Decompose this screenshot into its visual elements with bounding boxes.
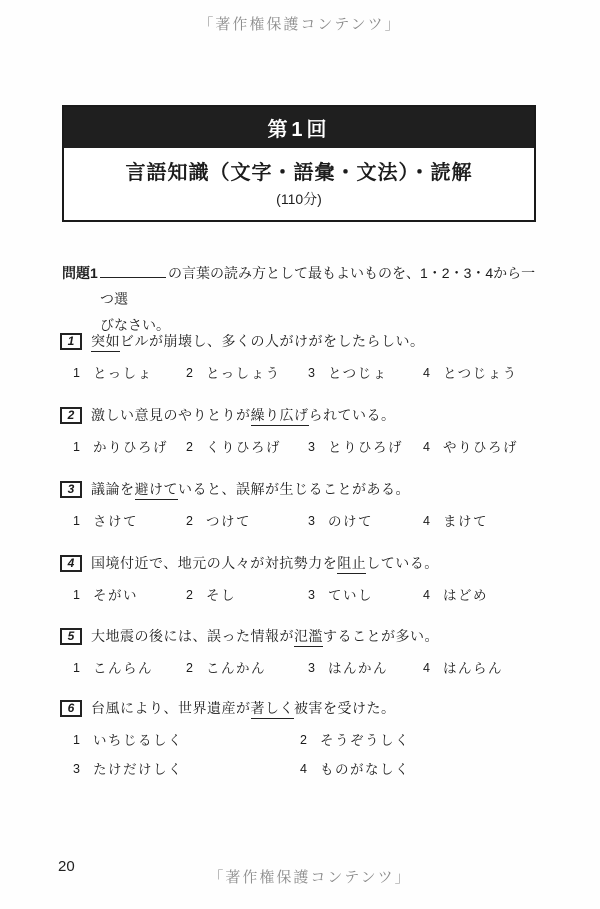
question-1: 1 突如ビルが崩壊し、多くの人がけがをしたらしい。 1とっしょ 2とっしょう 3… [60, 333, 540, 382]
question-5-number-box: 5 [60, 628, 82, 645]
question-5-number: 5 [68, 628, 75, 645]
question-4-sentence: 国境付近で、地元の人々が対抗勢力を阻止している。 [91, 555, 439, 573]
underlined-word: 著しく [251, 702, 295, 719]
question-6-number: 6 [68, 700, 75, 717]
test-title: 言語知識（文字・語彙・文法）・読解 [64, 161, 534, 185]
question-1-head: 1 突如ビルが崩壊し、多くの人がけがをしたらしい。 [60, 333, 540, 351]
option-1: 1とっしょ [73, 365, 186, 382]
question-5-head: 5 大地震の後には、誤った情報が氾濫することが多い。 [60, 628, 540, 646]
option-4: 4とつじょう [423, 365, 540, 382]
option-1: 1いちじるしく [73, 732, 300, 749]
question-6-sentence: 台風により、世界遺産が著しく被害を受けた。 [91, 700, 396, 718]
underlined-word: 阻止 [337, 557, 366, 574]
question-6-options: 1いちじるしく 2そうぞうしく 3たけだけしく 4ものがなしく [60, 732, 540, 778]
option-3: 3のけて [308, 513, 423, 530]
question-3-number: 3 [68, 481, 75, 498]
question-5-sentence: 大地震の後には、誤った情報が氾濫することが多い。 [91, 628, 439, 646]
question-2: 2 激しい意見のやりとりが繰り広げられている。 1かりひろげ 2くりひろげ 3と… [60, 407, 540, 456]
underlined-word: 避けて [135, 483, 179, 500]
option-2: 2くりひろげ [186, 439, 308, 456]
question-4-options: 1そがい 2そし 3ていし 4はどめ [60, 587, 540, 604]
question-3-number-box: 3 [60, 481, 82, 498]
option-3: 3とつじょ [308, 365, 423, 382]
option-1: 1さけて [73, 513, 186, 530]
question-6: 6 台風により、世界遺産が著しく被害を受けた。 1いちじるしく 2そうぞうしく … [60, 700, 540, 778]
underlined-word: 突如 [91, 335, 120, 352]
question-1-number-box: 1 [60, 333, 82, 350]
question-1-sentence: 突如ビルが崩壊し、多くの人がけがをしたらしい。 [91, 333, 425, 351]
underlined-word: 氾濫 [294, 630, 323, 647]
option-2: 2そし [186, 587, 308, 604]
question-2-number-box: 2 [60, 407, 82, 424]
section-instruction: 問題1 の言葉の読み方として最もよいものを、1・2・3・4から一つ選 びなさい。 [62, 260, 540, 338]
question-2-number: 2 [68, 407, 75, 424]
option-3: 3ていし [308, 587, 423, 604]
option-3: 3はんかん [308, 660, 423, 677]
question-3-options: 1さけて 2つけて 3のけて 4まけて [60, 513, 540, 530]
option-3: 3たけだけしく [73, 761, 300, 778]
option-1: 1そがい [73, 587, 186, 604]
question-2-options: 1かりひろげ 2くりひろげ 3とりひろげ 4やりひろげ [60, 439, 540, 456]
option-4: 4やりひろげ [423, 439, 540, 456]
option-4: 4ものがなしく [300, 761, 540, 778]
blank-underline [100, 265, 166, 278]
question-5: 5 大地震の後には、誤った情報が氾濫することが多い。 1こんらん 2こんかん 3… [60, 628, 540, 677]
option-2: 2そうぞうしく [300, 732, 540, 749]
question-1-number: 1 [68, 333, 75, 350]
option-4: 4はんらん [423, 660, 540, 677]
question-6-number-box: 6 [60, 700, 82, 717]
question-3-sentence: 議論を避けていると、誤解が生じることがある。 [91, 481, 410, 499]
underlined-word: 繰り広げ [251, 409, 309, 426]
option-2: 2こんかん [186, 660, 308, 677]
question-2-sentence: 激しい意見のやりとりが繰り広げられている。 [91, 407, 396, 425]
copyright-notice-bottom: 「著作権保護コンテンツ」 [0, 866, 600, 887]
option-4: 4まけて [423, 513, 540, 530]
copyright-notice-top: 「著作権保護コンテンツ」 [0, 13, 600, 34]
section-label: 問題1 [62, 260, 100, 338]
instruction-line2: びなさい。 [100, 317, 170, 333]
option-3: 3とりひろげ [308, 439, 423, 456]
round-banner: 第1回 [64, 107, 534, 148]
question-6-head: 6 台風により、世界遺産が著しく被害を受けた。 [60, 700, 540, 718]
option-2: 2つけて [186, 513, 308, 530]
question-4-number: 4 [68, 555, 75, 572]
question-4-head: 4 国境付近で、地元の人々が対抗勢力を阻止している。 [60, 555, 540, 573]
instruction-text: の言葉の読み方として最もよいものを、1・2・3・4から一つ選 びなさい。 [100, 260, 540, 338]
test-header-box: 第1回 言語知識（文字・語彙・文法）・読解 (110分) [62, 105, 536, 222]
option-2: 2とっしょう [186, 365, 308, 382]
question-4: 4 国境付近で、地元の人々が対抗勢力を阻止している。 1そがい 2そし 3ていし… [60, 555, 540, 604]
round-label: 第1回 [267, 113, 330, 142]
option-1: 1こんらん [73, 660, 186, 677]
question-3: 3 議論を避けていると、誤解が生じることがある。 1さけて 2つけて 3のけて … [60, 481, 540, 530]
question-5-options: 1こんらん 2こんかん 3はんかん 4はんらん [60, 660, 540, 677]
test-duration: (110分) [64, 190, 534, 208]
option-4: 4はどめ [423, 587, 540, 604]
test-header-body: 言語知識（文字・語彙・文法）・読解 (110分) [64, 148, 534, 220]
question-1-options: 1とっしょ 2とっしょう 3とつじょ 4とつじょう [60, 365, 540, 382]
question-3-head: 3 議論を避けていると、誤解が生じることがある。 [60, 481, 540, 499]
question-2-head: 2 激しい意見のやりとりが繰り広げられている。 [60, 407, 540, 425]
option-1: 1かりひろげ [73, 439, 186, 456]
question-4-number-box: 4 [60, 555, 82, 572]
